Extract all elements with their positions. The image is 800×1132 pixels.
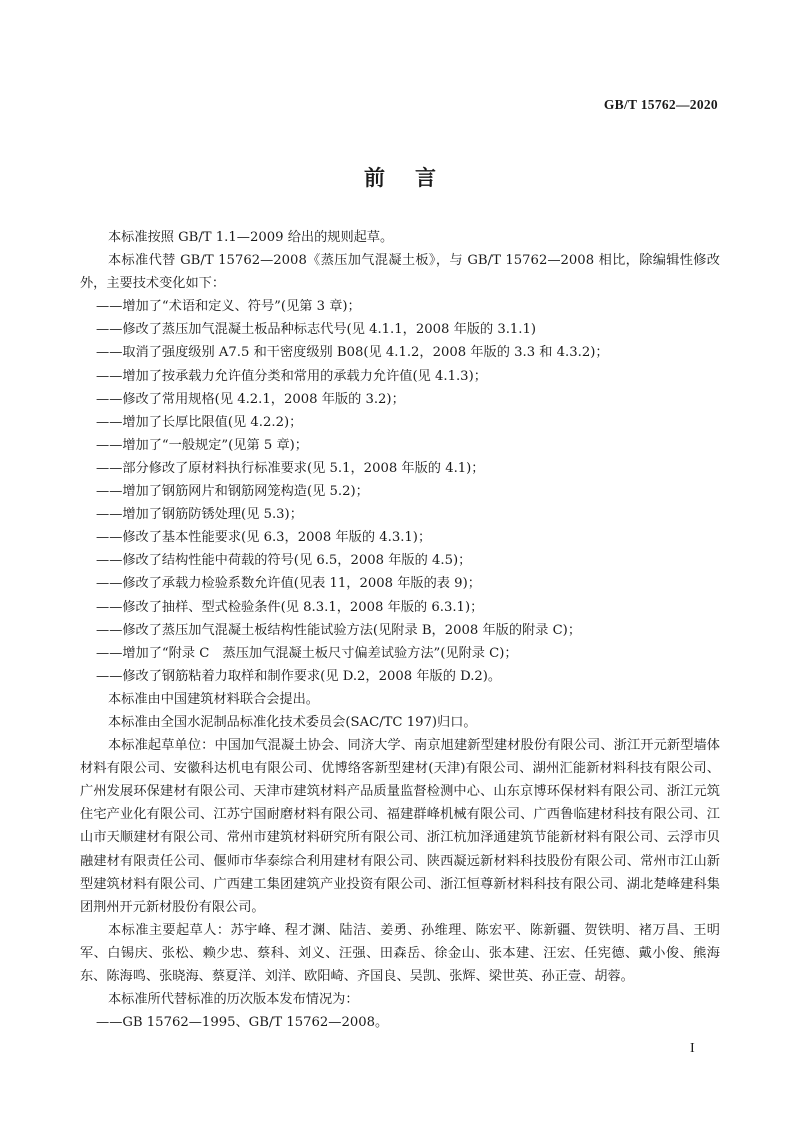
list-item: ——取消了强度级别 A7.5 和干密度级别 B08(见 4.1.2，2008 年… — [80, 341, 720, 364]
page-number: I — [690, 1041, 695, 1057]
list-item: ——增加了长厚比限值(见 4.2.2)； — [80, 411, 720, 434]
list-item: ——修改了抽样、型式检验条件(见 8.3.1，2008 年版的 6.3.1)； — [80, 596, 720, 619]
list-item: ——增加了“术语和定义、符号”(见第 3 章)； — [80, 295, 720, 318]
list-item: ——修改了蒸压加气混凝土板结构性能试验方法(见附录 B，2008 年版的附录 C… — [80, 619, 720, 642]
standard-code: GB/T 15762—2020 — [604, 97, 718, 113]
list-item: ——修改了基本性能要求(见 6.3，2008 年版的 4.3.1)； — [80, 526, 720, 549]
list-item: ——修改了承载力检验系数允许值(见表 11，2008 年版的表 9)； — [80, 572, 720, 595]
changes-list: ——增加了“术语和定义、符号”(见第 3 章)； ——修改了蒸压加气混凝土板品种… — [80, 295, 720, 688]
paragraph-drafting-rules: 本标准按照 GB/T 1.1—2009 给出的规则起草。 — [80, 226, 720, 249]
list-item: ——修改了结构性能中荷载的符号(见 6.5，2008 年版的 4.5)； — [80, 549, 720, 572]
paragraph-committee: 本标准由全国水泥制品标准化技术委员会(SAC/TC 197)归口。 — [80, 711, 720, 734]
paragraph-drafters: 本标准主要起草人：苏宇峰、程才渊、陆洁、姜勇、孙维理、陈宏平、陈新疆、贺铁明、褚… — [80, 919, 720, 988]
list-item: ——增加了按承载力允许值分类和常用的承载力允许值(见 4.1.3)； — [80, 365, 720, 388]
list-item: ——修改了钢筋粘着力取样和制作要求(见 D.2，2008 年版的 D.2)。 — [80, 665, 720, 688]
list-item: ——增加了钢筋防锈处理(见 5.3)； — [80, 503, 720, 526]
list-item: ——部分修改了原材料执行标准要求(见 5.1，2008 年版的 4.1)； — [80, 457, 720, 480]
list-item: ——增加了“一般规定”(见第 5 章)； — [80, 434, 720, 457]
paragraph-replacement: 本标准代替 GB/T 15762—2008《蒸压加气混凝土板》，与 GB/T 1… — [80, 249, 720, 295]
list-item: ——增加了钢筋网片和钢筋网笼构造(见 5.2)； — [80, 480, 720, 503]
paragraph-drafting-units: 本标准起草单位：中国加气混凝土协会、同济大学、南京旭建新型建材股份有限公司、浙江… — [80, 734, 720, 919]
history-item: ——GB 15762—1995、GB/T 15762—2008。 — [80, 1011, 720, 1034]
list-item: ——修改了蒸压加气混凝土板品种标志代号(见 4.1.1，2008 年版的 3.1… — [80, 318, 720, 341]
paragraph-history-intro: 本标准所代替标准的历次版本发布情况为： — [80, 988, 720, 1011]
list-item: ——增加了“附录 C 蒸压加气混凝土板尺寸偏差试验方法”(见附录 C)； — [80, 642, 720, 665]
list-item: ——修改了常用规格(见 4.2.1，2008 年版的 3.2)； — [80, 388, 720, 411]
page-title: 前言 — [0, 162, 800, 192]
paragraph-proposer: 本标准由中国建筑材料联合会提出。 — [80, 688, 720, 711]
foreword-body: 本标准按照 GB/T 1.1—2009 给出的规则起草。 本标准代替 GB/T … — [80, 226, 720, 1034]
